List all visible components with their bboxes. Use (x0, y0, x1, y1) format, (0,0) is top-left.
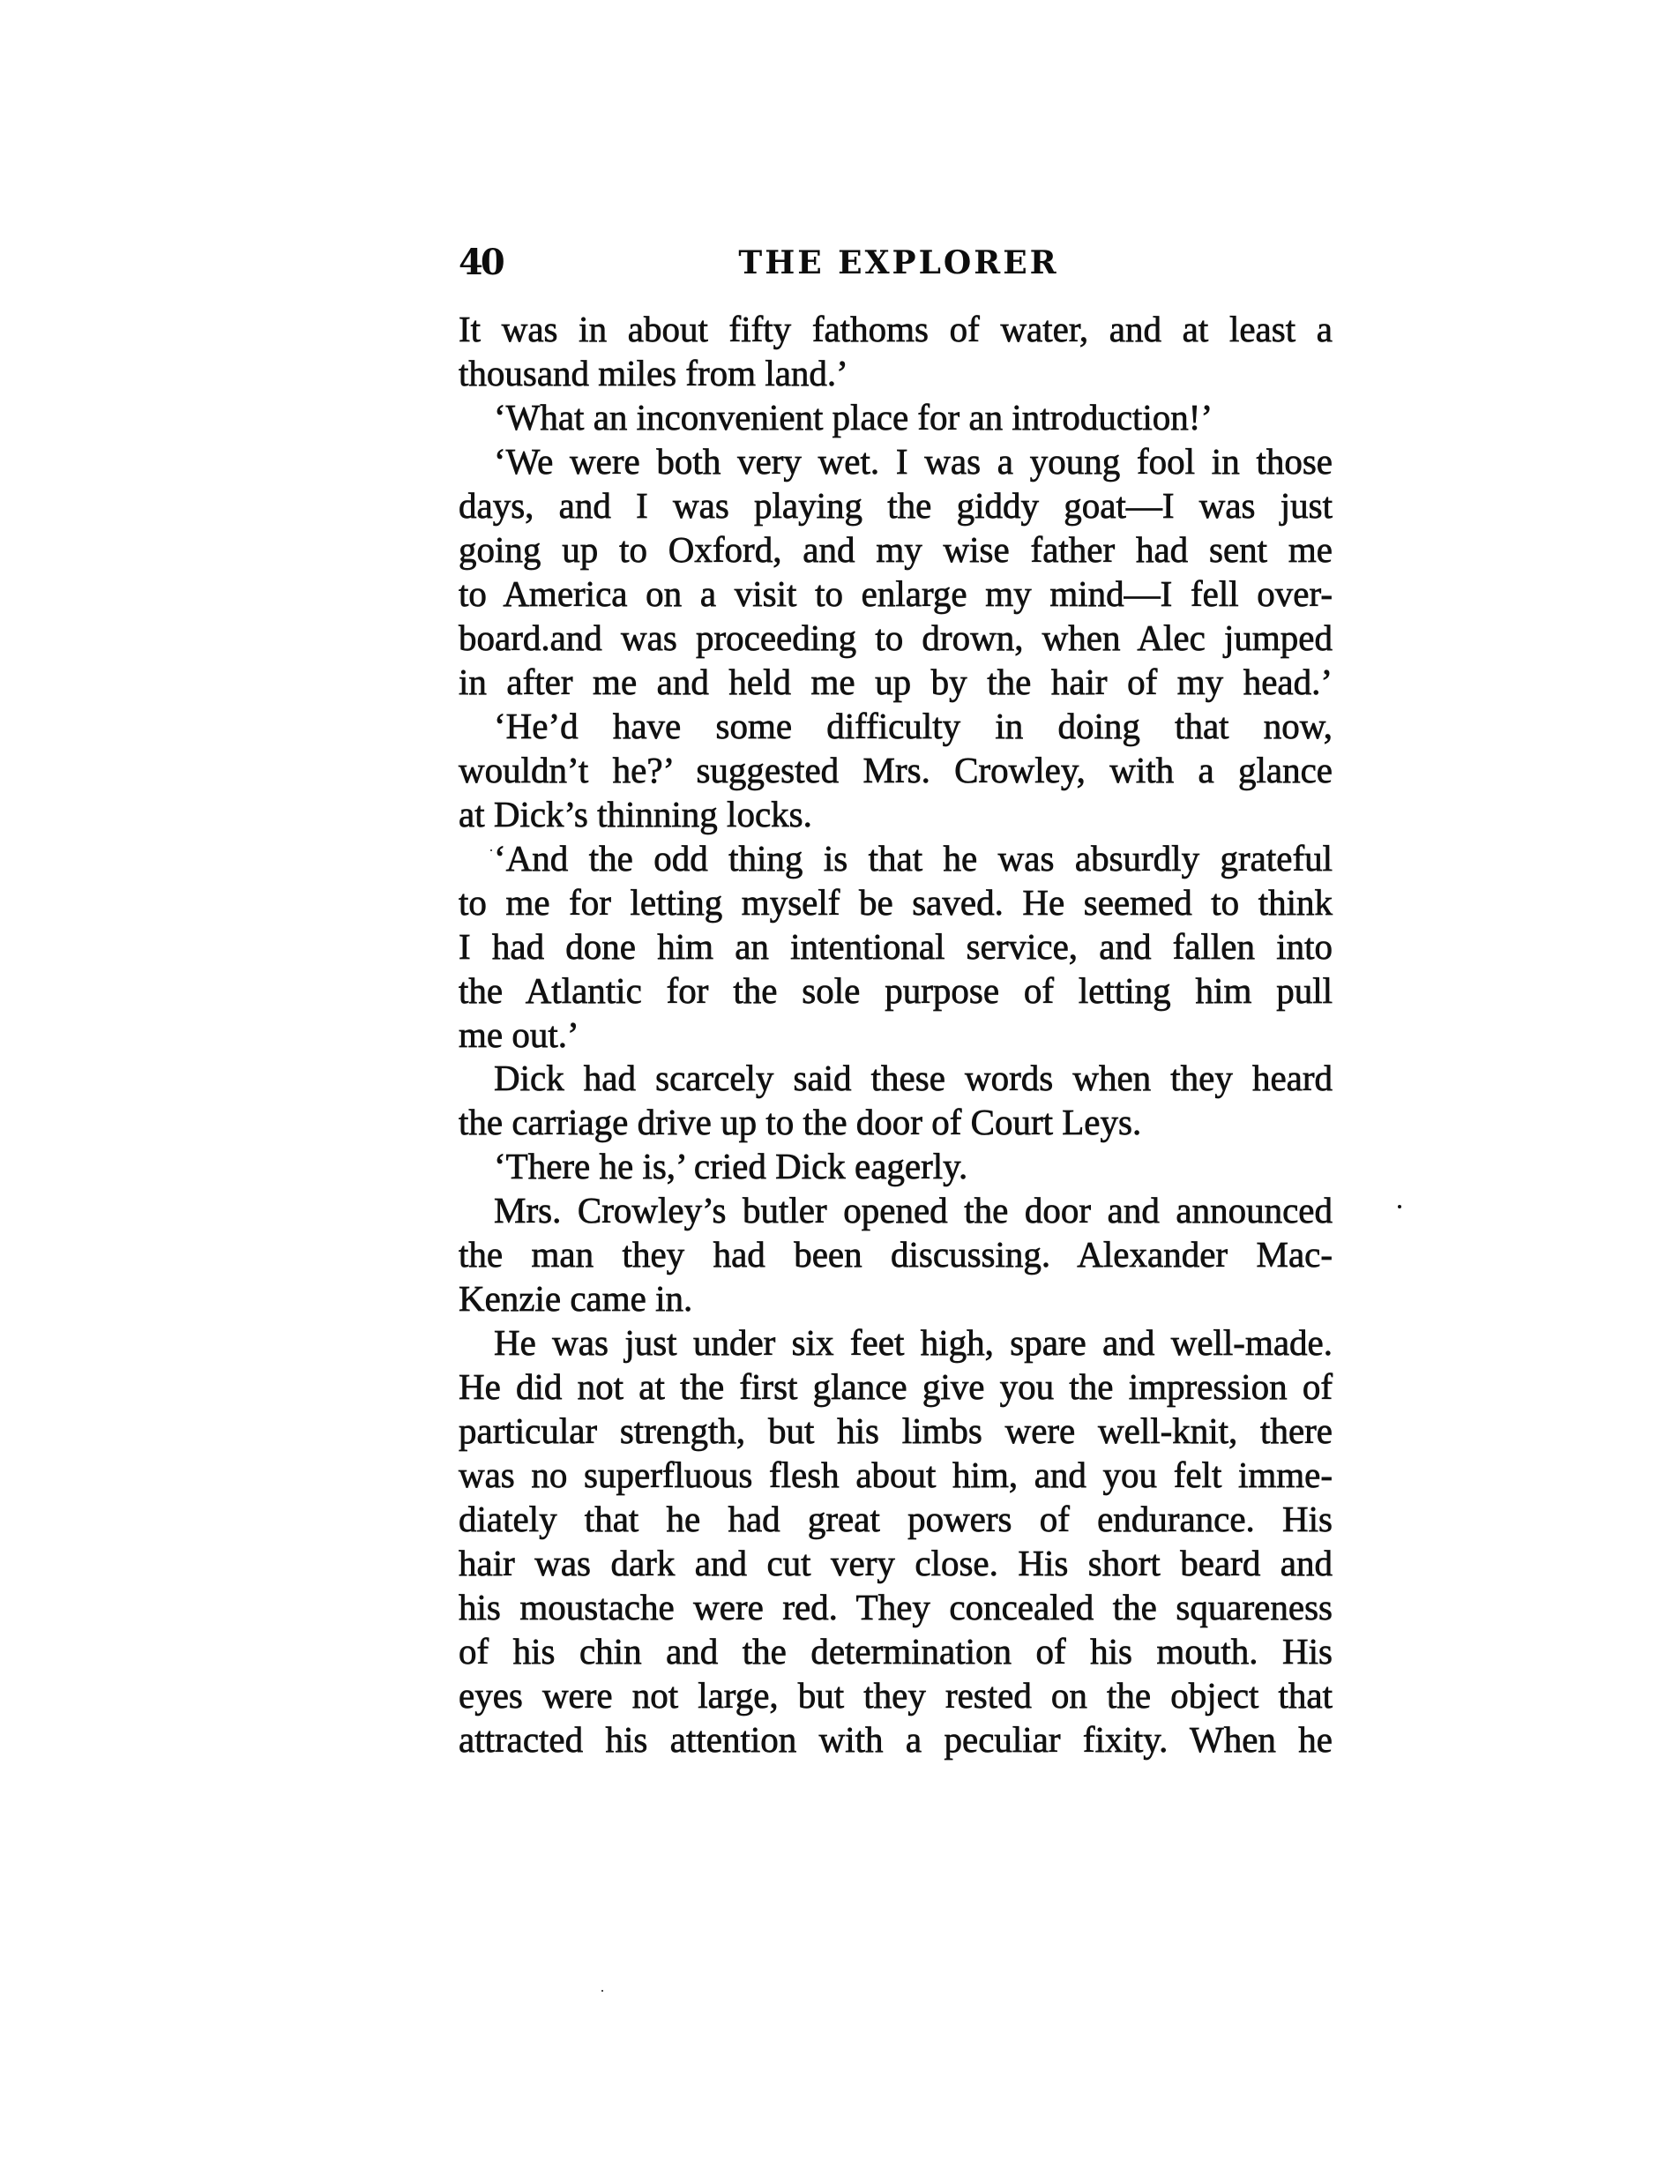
text-line: board.and was proceeding to drown, when … (459, 617, 1333, 661)
text-line: was no superfluous flesh about him, and … (459, 1454, 1333, 1498)
text-line: Kenzie came in. (459, 1277, 1333, 1321)
text-line: It was in about fifty fathoms of water, … (459, 308, 1333, 352)
scan-speck (490, 849, 492, 851)
text-line: diately that he had great powers of endu… (459, 1498, 1333, 1542)
text-line: ‘He’d have some difficulty in doing that… (459, 705, 1333, 749)
text-line: thousand miles from land.’ (459, 352, 1333, 396)
text-line: at Dick’s thinning locks. (459, 793, 1333, 837)
text-line: ‘There he is,’ cried Dick eagerly. (459, 1145, 1333, 1189)
text-line: eyes were not large, but they rested on … (459, 1674, 1333, 1718)
text-line: days, and I was playing the giddy goat—I… (459, 484, 1333, 528)
text-line: the carriage drive up to the door of Cou… (459, 1101, 1333, 1145)
text-line: He was just under six feet high, spare a… (459, 1321, 1333, 1365)
text-line: going up to Oxford, and my wise father h… (459, 528, 1333, 572)
scan-speck (601, 1990, 603, 1992)
text-line: I had done him an intentional service, a… (459, 925, 1333, 969)
running-title: THE EXPLORER (725, 245, 1072, 280)
text-line: the Atlantic for the sole purpose of let… (459, 969, 1333, 1013)
text-line: Dick had scarcely said these words when … (459, 1057, 1333, 1101)
book-page: 40 THE EXPLORER It was in about fifty fa… (0, 0, 1680, 2184)
text-line: to America on a visit to enlarge my mind… (459, 572, 1333, 617)
text-line: his moustache were red. They concealed t… (459, 1586, 1333, 1630)
text-line: particular strength, but his limbs were … (459, 1410, 1333, 1454)
running-head: 40 THE EXPLORER (459, 245, 1332, 280)
text-line: ‘We were both very wet. I was a young fo… (459, 440, 1333, 484)
text-line: attracted his attention with a peculiar … (459, 1718, 1333, 1762)
text-line: of his chin and the determination of his… (459, 1630, 1333, 1674)
scan-speck (1398, 1205, 1401, 1208)
text-line: wouldn’t he?’ suggested Mrs. Crowley, wi… (459, 749, 1333, 793)
body-text: It was in about fifty fathoms of water, … (459, 308, 1333, 1762)
text-line: ‘What an inconvenient place for an intro… (459, 396, 1333, 440)
text-line: the man they had been discussing. Alexan… (459, 1233, 1333, 1277)
text-line: He did not at the first glance give you … (459, 1365, 1333, 1410)
page-number: 40 (459, 245, 503, 280)
text-line: me out.’ (459, 1013, 1333, 1058)
text-line: ‘And the odd thing is that he was absurd… (459, 837, 1333, 881)
text-line: in after me and held me up by the hair o… (459, 661, 1333, 705)
text-line: hair was dark and cut very close. His sh… (459, 1542, 1333, 1586)
text-line: to me for letting myself be saved. He se… (459, 881, 1333, 925)
text-line: Mrs. Crowley’s butler opened the door an… (459, 1189, 1333, 1233)
